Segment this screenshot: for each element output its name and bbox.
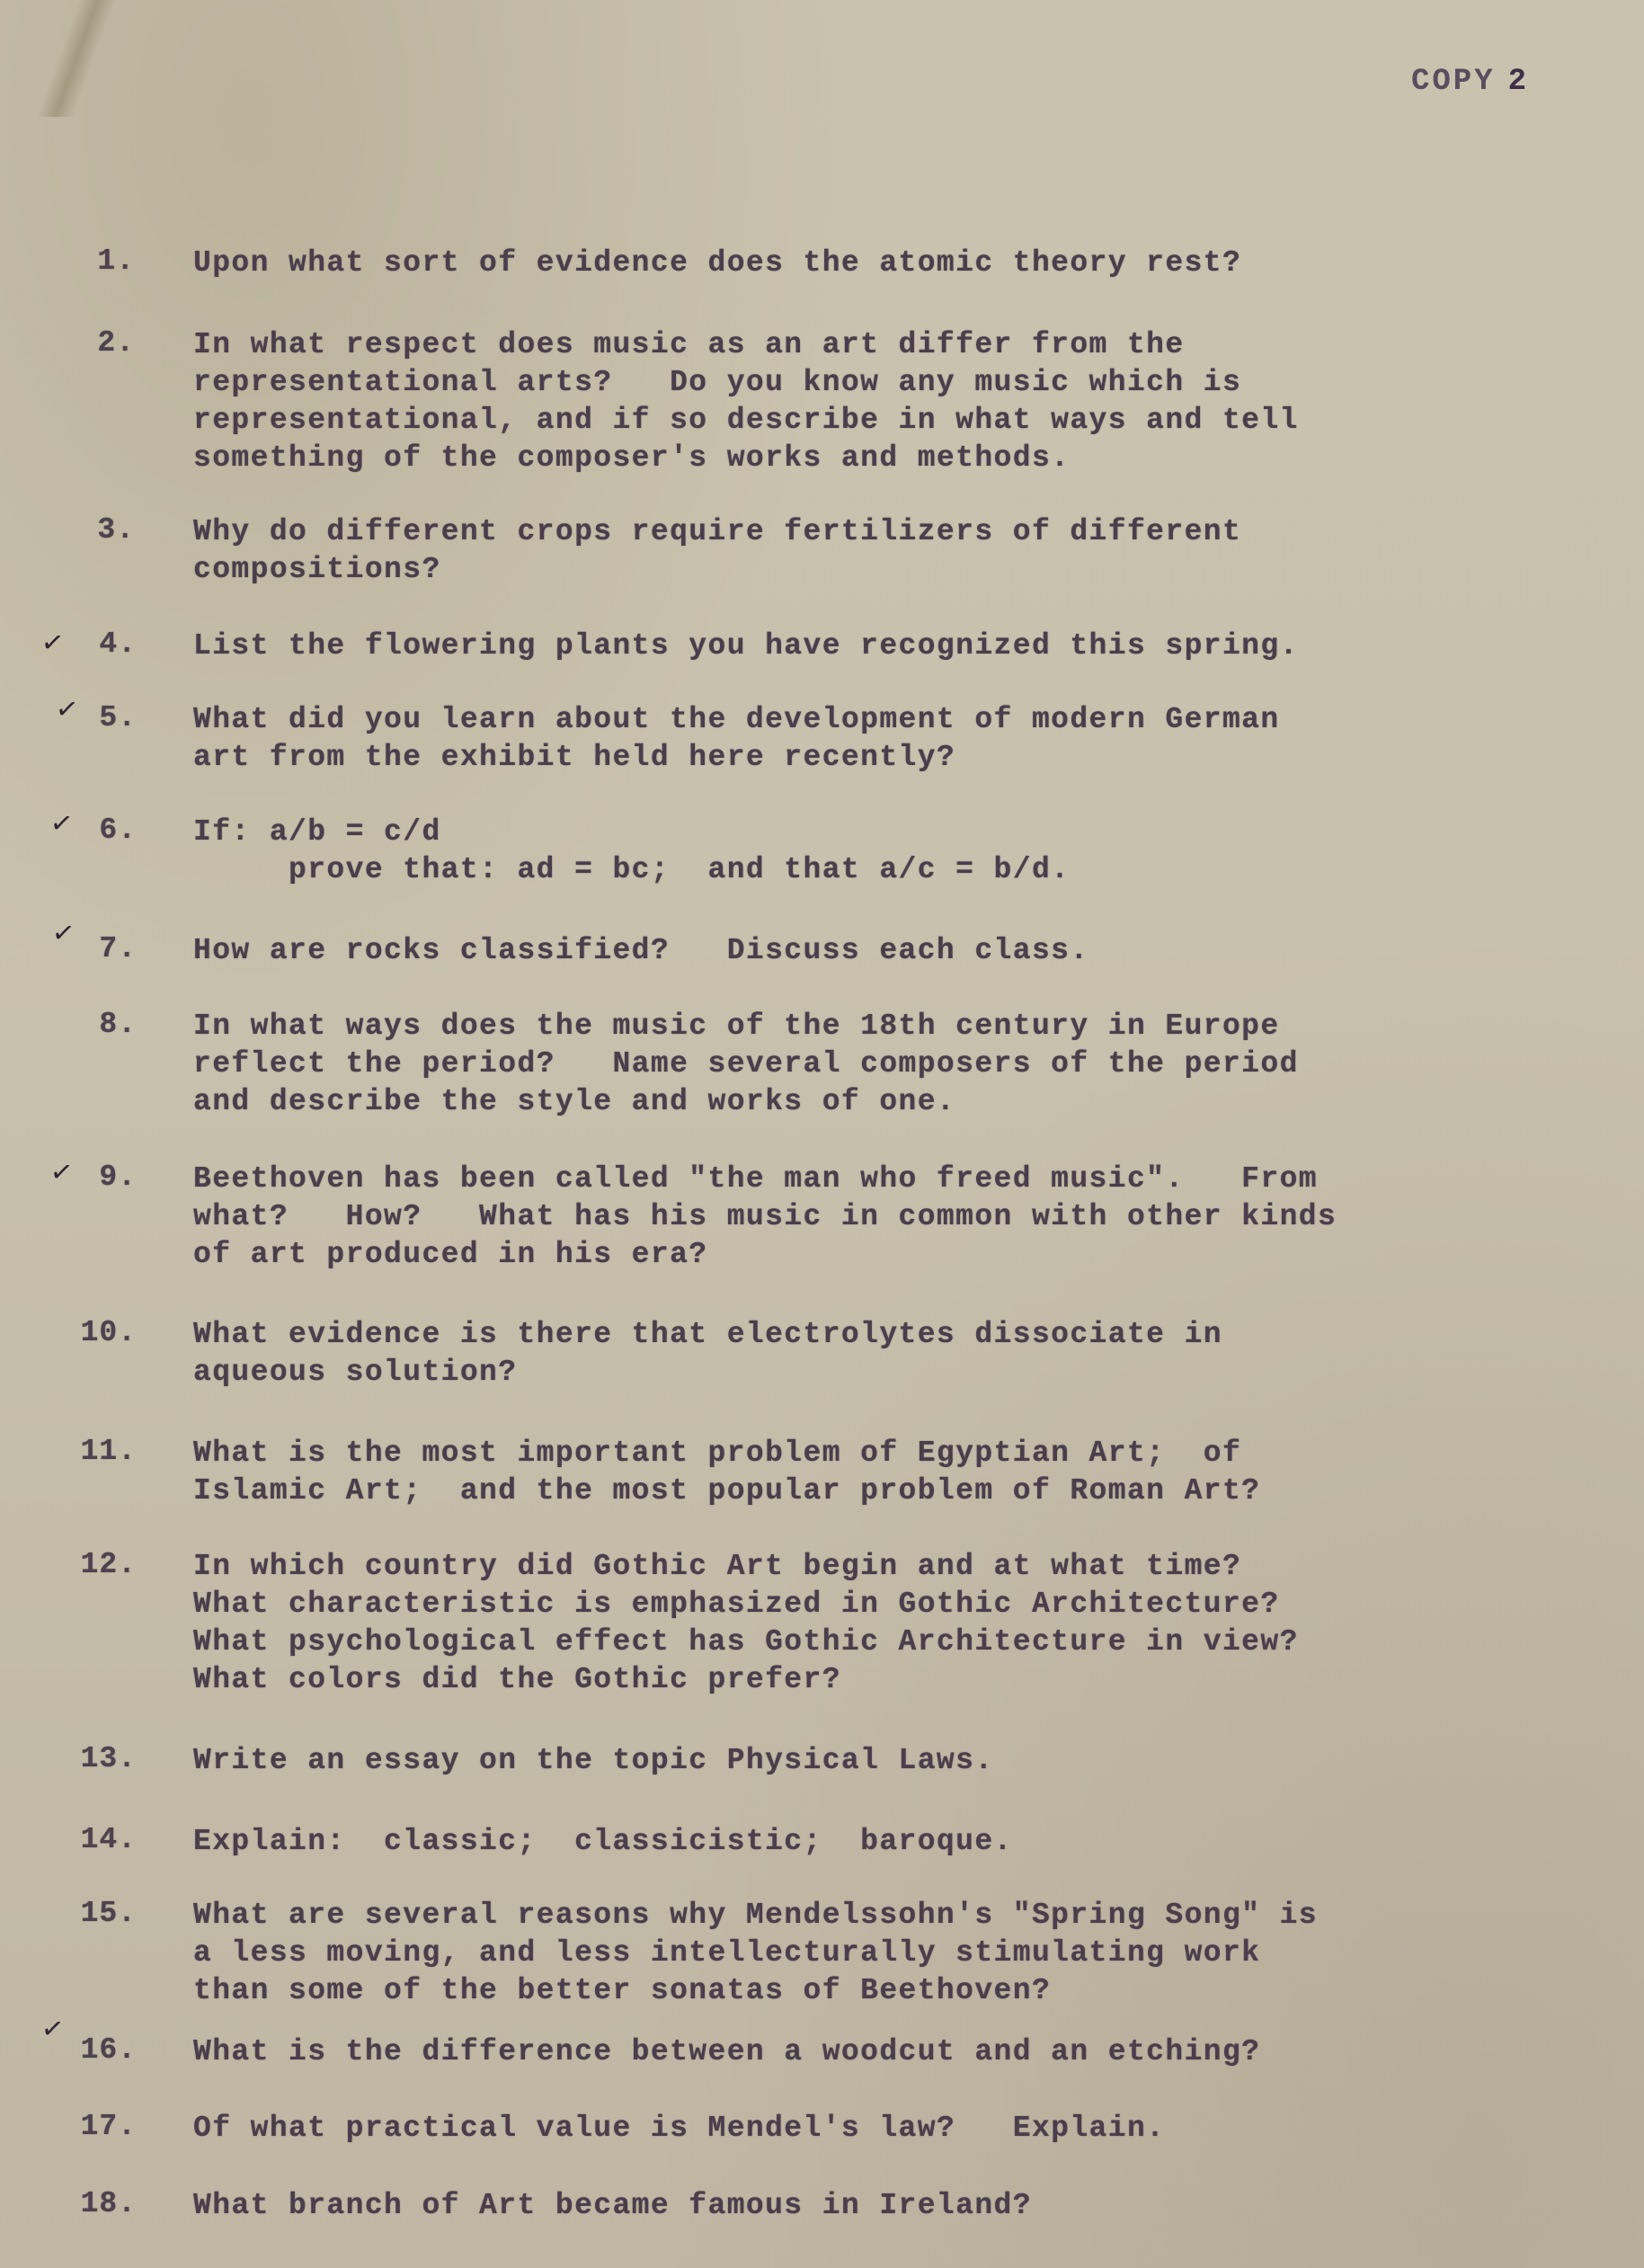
question-number: 8.: [56, 1008, 137, 1041]
question-text: How are rocks classified? Discuss each c…: [193, 932, 1089, 970]
question-text: Upon what sort of evidence does the atom…: [193, 245, 1241, 282]
question-text: List the flowering plants you have recog…: [193, 627, 1299, 665]
question-text: In what ways does the music of the 18th …: [193, 1008, 1299, 1121]
question-text: What are several reasons why Mendelssohn…: [193, 1897, 1318, 2010]
question-number: 16.: [56, 2033, 137, 2067]
question-text: What did you learn about the development…: [193, 701, 1280, 777]
question-text: Beethoven has been called "the man who f…: [193, 1161, 1337, 1274]
question-text: Why do different crops require fertilize…: [193, 513, 1241, 589]
question-number: 18.: [56, 2187, 137, 2220]
question-number: 14.: [56, 1823, 137, 1856]
question-number: 15.: [56, 1897, 137, 1930]
question-text: Of what practical value is Mendel's law?…: [193, 2110, 1165, 2148]
question-number: 1.: [54, 245, 135, 278]
question-text: If: a/b = c/d prove that: ad = bc; and t…: [193, 814, 1070, 889]
question-number: 4.: [56, 627, 137, 661]
question-list: 1. Upon what sort of evidence does the a…: [0, 0, 1644, 2268]
question-number: 17.: [56, 2110, 137, 2143]
question-number: 10.: [56, 1316, 137, 1349]
question-number: 5.: [56, 701, 137, 734]
question-text: In which country did Gothic Art begin an…: [193, 1548, 1299, 1699]
question-text: In what respect does music as an art dif…: [193, 326, 1299, 477]
question-number: 7.: [56, 932, 137, 965]
question-number: 12.: [56, 1548, 137, 1581]
question-number: 11.: [56, 1435, 137, 1468]
question-text: What branch of Art became famous in Irel…: [193, 2187, 1032, 2225]
question-number: 13.: [56, 1742, 137, 1775]
question-number: 9.: [56, 1161, 137, 1194]
question-text: What is the most important problem of Eg…: [193, 1435, 1260, 1510]
question-number: 2.: [54, 326, 135, 360]
question-text: What is the difference between a woodcut…: [193, 2033, 1260, 2071]
question-text: What evidence is there that electrolytes…: [193, 1316, 1222, 1392]
question-text: Write an essay on the topic Physical Law…: [193, 1742, 994, 1780]
question-number: 3.: [54, 513, 135, 547]
question-text: Explain: classic; classicistic; baroque.: [193, 1823, 1013, 1861]
question-number: 6.: [56, 814, 137, 847]
